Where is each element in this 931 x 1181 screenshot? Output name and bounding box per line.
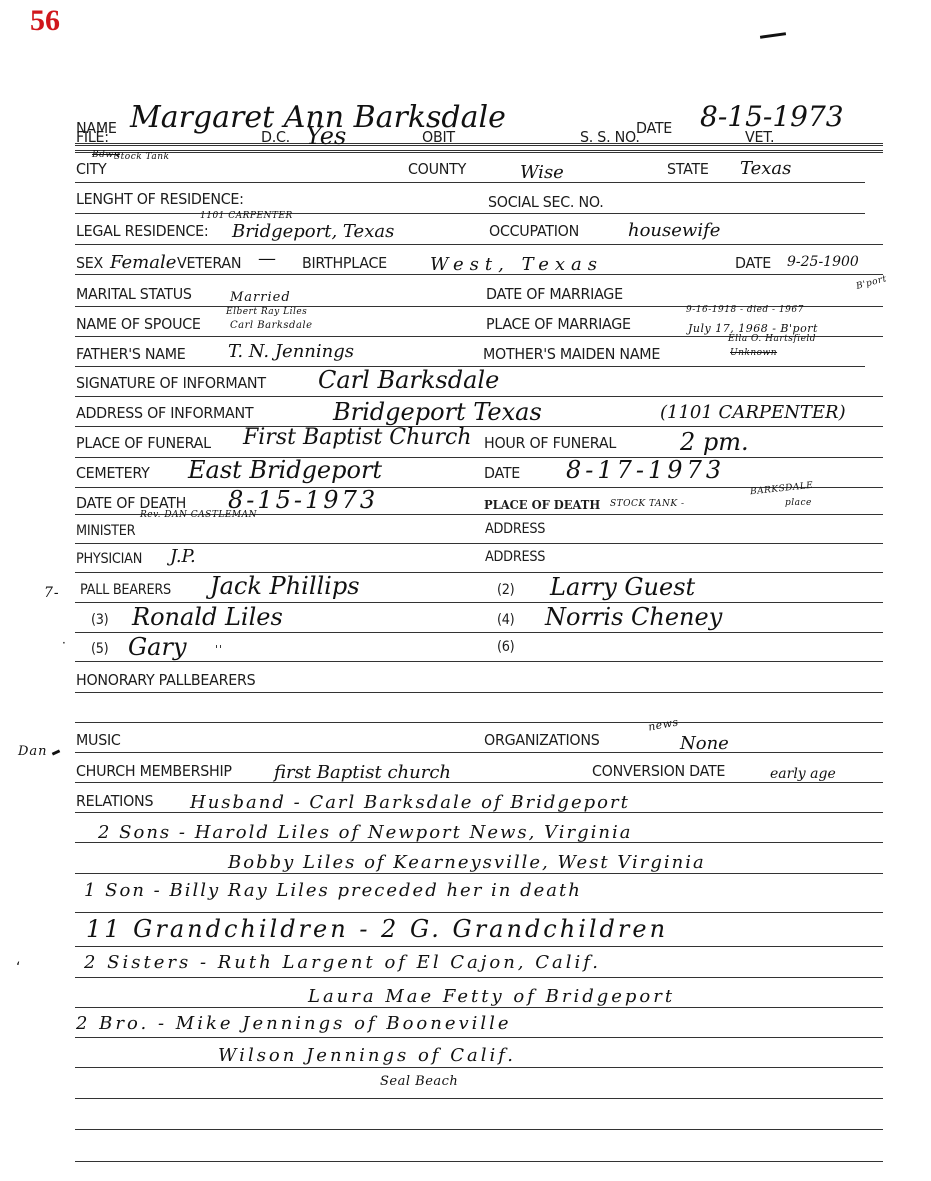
conversion-date-label: CONVERSION DATE <box>592 762 725 780</box>
pall-bearer-num-6: (6) <box>497 639 514 655</box>
pall-bearer-ditto: '' <box>215 643 223 656</box>
birthplace-value: West, Texas <box>430 254 603 275</box>
date-of-marriage-label: DATE OF MARRIAGE <box>486 285 623 303</box>
rule <box>75 632 883 633</box>
occupation-value: housewife <box>628 220 720 241</box>
relations-line-1: Husband - Carl Barksdale of Bridgeport <box>190 792 630 813</box>
mother-maiden-name-struck: Unknown <box>730 348 777 358</box>
pall-bearer-num-2: (2) <box>497 582 514 598</box>
rule <box>75 274 883 275</box>
dc-label: D.C. <box>261 128 290 146</box>
spouse-label: NAME OF SPOUCE <box>76 315 201 333</box>
informant-signature-label: SIGNATURE OF INFORMANT <box>76 374 266 392</box>
pall-bearer-3: Ronald Liles <box>132 603 283 631</box>
city-value: Stock Tank <box>114 152 169 162</box>
dc-value: Yes <box>306 122 346 150</box>
hour-of-funeral-label: HOUR OF FUNERAL <box>484 434 616 452</box>
place-of-marriage-value-1: 9-16-1918 - died - 1967 <box>686 305 804 315</box>
rule <box>75 873 883 874</box>
ss-no-label: S. S. NO. <box>580 128 640 146</box>
rule <box>75 692 883 693</box>
occupation-label: OCCUPATION <box>489 222 579 240</box>
informant-address-value: Bridgeport Texas <box>333 398 542 426</box>
pall-bearer-num-4: (4) <box>497 612 514 628</box>
pen-mark <box>52 749 61 755</box>
pall-bearer-4: Norris Cheney <box>545 603 722 631</box>
place-of-death-value: STOCK TANK - <box>610 499 685 509</box>
birth-date-label: DATE <box>735 254 771 272</box>
marital-status-value: Married <box>230 290 291 305</box>
music-label: MUSIC <box>76 731 121 749</box>
relations-line-2: 2 Sons - Harold Liles of Newport News, V… <box>98 822 633 843</box>
spouse-value-1: Elbert Ray Liles <box>226 307 307 317</box>
relations-label: RELATIONS <box>76 792 153 810</box>
church-membership-value: first Baptist church <box>274 762 451 783</box>
organizations-note: news <box>647 715 679 733</box>
veteran-value: — <box>258 248 276 269</box>
informant-address-label: ADDRESS OF INFORMANT <box>76 404 253 422</box>
organizations-value: None <box>680 733 729 754</box>
date-of-marriage-note: B'port <box>855 274 888 292</box>
place-of-marriage-label: PLACE OF MARRIAGE <box>486 315 631 333</box>
relations-line-4: 1 Son - Billy Ray Liles preceded her in … <box>84 880 582 901</box>
place-of-death-label: PLACE OF DEATH <box>484 497 600 512</box>
legal-residence-label: LEGAL RESIDENCE: <box>76 222 208 240</box>
date-label: DATE <box>636 119 672 137</box>
state-label: STATE <box>667 160 709 178</box>
rule <box>75 977 883 978</box>
minister-label: MINISTER <box>76 523 135 539</box>
rule <box>75 1129 883 1130</box>
margin-mark-pall: 7- <box>44 585 60 601</box>
birth-date-value: 9-25-1900 <box>787 254 859 270</box>
church-membership-label: CHURCH MEMBERSHIP <box>76 762 232 780</box>
birthplace-label: BIRTHPLACE <box>302 254 387 272</box>
funeral-date-value: 8-17-1973 <box>566 456 725 484</box>
relations-line-9: Wilson Jennings of Calif. <box>218 1045 516 1066</box>
mother-maiden-name-label: MOTHER'S MAIDEN NAME <box>483 345 660 363</box>
rule <box>75 842 883 843</box>
cemetery-value: East Bridgeport <box>188 456 382 484</box>
social-sec-no-label: SOCIAL SEC. NO. <box>488 193 603 211</box>
place-of-death-note-1: BARKSDALE <box>750 481 814 498</box>
stray-dot: · <box>62 636 66 650</box>
rule <box>75 812 883 813</box>
legal-residence-value: Bridgeport, Texas <box>232 221 394 242</box>
margin-mark-music: Dan <box>18 744 48 759</box>
minister-address-label: ADDRESS <box>485 521 545 537</box>
marital-status-label: MARITAL STATUS <box>76 285 192 303</box>
rule <box>75 572 883 573</box>
hour-of-funeral-value: 2 pm. <box>680 428 749 456</box>
father-name-value: T. N. Jennings <box>228 341 354 362</box>
rule <box>75 782 883 783</box>
father-name-label: FATHER'S NAME <box>76 345 186 363</box>
vet-label: VET. <box>745 128 774 146</box>
page-number: 56 <box>30 4 60 38</box>
spouse-value-2: Carl Barksdale <box>230 320 313 331</box>
place-of-funeral-label: PLACE OF FUNERAL <box>76 434 211 452</box>
rule <box>75 150 883 153</box>
mother-maiden-name-value: Ella O. Hartsfield <box>728 334 816 344</box>
rule <box>75 722 883 723</box>
pall-bearer-num-5: (5) <box>91 641 108 657</box>
rule <box>75 213 865 214</box>
pall-bearer-num-3: (3) <box>91 612 108 628</box>
rule <box>75 661 883 662</box>
rule <box>75 946 883 947</box>
legal-residence-note: 1101 CARPENTER <box>200 211 293 221</box>
rule <box>75 912 883 913</box>
pall-bearer-1: Jack Phillips <box>210 572 360 600</box>
state-value: Texas <box>740 158 791 179</box>
rule <box>75 396 883 397</box>
rule <box>75 1161 883 1162</box>
informant-address-note: (1101 CARPENTER) <box>660 402 846 423</box>
minister-value: Rev. DAN CASTLEMAN <box>140 510 257 520</box>
organizations-label: ORGANIZATIONS <box>484 731 600 749</box>
physician-value: J.P. <box>170 546 196 567</box>
rule <box>75 182 865 183</box>
relations-line-7: Laura Mae Fetty of Bridgeport <box>308 986 675 1007</box>
pall-bearer-5: Gary <box>128 633 187 661</box>
sex-value: Female <box>110 252 176 273</box>
relations-line-3: Bobby Liles of Kearneysville, West Virgi… <box>228 852 706 873</box>
place-of-death-note-2: place <box>785 498 812 508</box>
relations-line-8: 2 Bro. - Mike Jennings of Booneville <box>76 1013 512 1034</box>
sex-label: SEX <box>76 254 103 272</box>
pen-mark <box>760 32 786 39</box>
rule <box>75 543 883 544</box>
county-value: Wise <box>520 162 564 183</box>
rule <box>75 426 883 427</box>
rule <box>75 1067 883 1068</box>
length-of-residence-label: LENGHT OF RESIDENCE: <box>76 190 244 208</box>
pall-bearer-2: Larry Guest <box>550 573 695 601</box>
stray-mark: ‘ <box>16 960 20 976</box>
relations-line-6: 2 Sisters - Ruth Largent of El Cajon, Ca… <box>84 952 601 973</box>
relations-note: Seal Beach <box>380 1074 458 1089</box>
pall-bearers-label: PALL BEARERS <box>80 582 171 598</box>
physician-label: PHYSICIAN <box>76 551 142 567</box>
rule <box>75 1007 883 1008</box>
county-label: COUNTY <box>408 160 466 178</box>
informant-signature-value: Carl Barksdale <box>318 366 499 394</box>
file-label: FILE: <box>76 128 109 146</box>
place-of-funeral-value: First Baptist Church <box>243 425 472 450</box>
rule <box>75 244 883 245</box>
city-label: CITY <box>76 160 106 178</box>
relations-line-5: 11 Grandchildren - 2 G. Grandchildren <box>86 915 668 943</box>
obit-label: OBIT <box>422 128 455 146</box>
rule <box>75 752 883 753</box>
veteran-label: VETERAN <box>177 254 241 272</box>
rule <box>75 1098 883 1099</box>
conversion-date-value: early age <box>770 766 836 782</box>
honorary-pallbearers-label: HONORARY PALLBEARERS <box>76 671 255 689</box>
physician-address-label: ADDRESS <box>485 549 545 565</box>
funeral-date-label: DATE <box>484 464 520 482</box>
cemetery-label: CEMETERY <box>76 464 150 482</box>
rule <box>75 1037 883 1038</box>
